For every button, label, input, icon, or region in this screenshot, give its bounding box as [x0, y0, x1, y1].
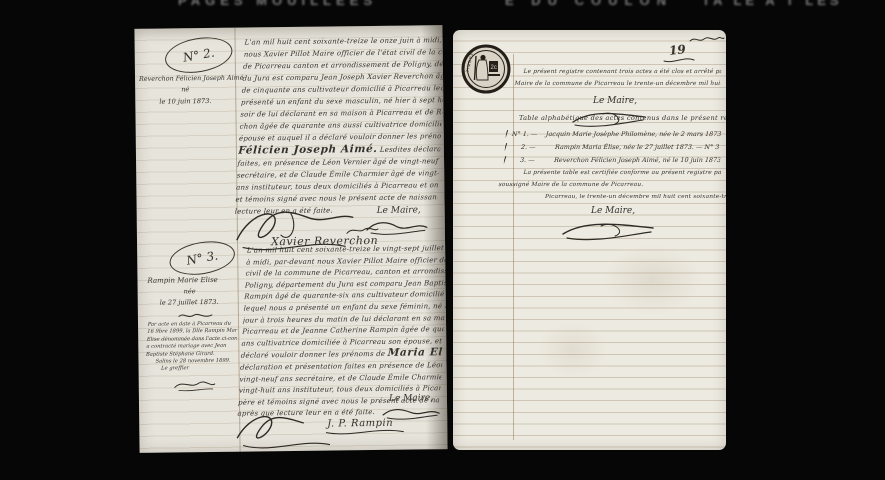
record2-le-maire: Le Maire,	[389, 393, 433, 404]
table-title: Table alphabétique des actes contenus da…	[519, 114, 726, 122]
mayor-signature-4	[561, 218, 657, 242]
left-page: N° 2. Reverchon Félicien Joseph Aimé né …	[134, 25, 447, 453]
record2-number: N° 3.	[167, 237, 237, 280]
certification-le-maire: Le Maire,	[591, 206, 635, 216]
closing-statement: Le présent registre contenant trois acte…	[514, 67, 722, 90]
record1-number: N° 2.	[162, 33, 235, 78]
certification: La présente table est certifiée conforme…	[498, 168, 722, 191]
signature-underline-swash	[325, 428, 405, 437]
record1-margin-sex: né	[181, 85, 189, 93]
cropped-stamp-left: PAGES MOUILLÉES	[178, 0, 408, 9]
record1-act-text: L'an mil huit cent soixante-treize le on…	[234, 34, 446, 218]
record1-margin-name: Reverchon Félicien Joseph Aimé	[139, 74, 244, 83]
margin-rule	[513, 54, 514, 440]
closing-le-maire: Le Maire,	[593, 96, 637, 106]
cropped-stamp-right: TA LE A T LES	[702, 0, 882, 9]
record2-child-name: Maria Élise.	[387, 347, 443, 359]
record1-le-maire: Le Maire,	[377, 205, 421, 216]
pen-scribble	[689, 35, 725, 45]
record2-margin-sex: née	[184, 287, 196, 295]
cropped-stamp-middle: E DU COULON	[505, 0, 705, 9]
margin-divider-squiggle	[178, 312, 214, 320]
record2-margin-date: le 27 juillet 1873.	[160, 298, 219, 307]
right-page: 2c TIMBRE 19 Le présent registre contena…	[453, 30, 726, 450]
table-entry: 2. —Rampin Maria Élise, née le 27 juille…	[505, 141, 722, 154]
revenue-stamp-icon: 2c TIMBRE	[461, 44, 511, 94]
alphabetical-table: N° 1. —Jacquin Marie Josèphe Philomène, …	[504, 128, 723, 167]
page-number-swash	[663, 56, 695, 64]
table-entry: 3. —Reverchon Félicien Joseph Aimé, né l…	[504, 154, 721, 167]
table-entry: N° 1. —Jacquin Marie Josèphe Philomène, …	[505, 128, 722, 141]
bracket-tick	[505, 143, 508, 151]
stamp-value: 2c	[491, 65, 497, 71]
record1-child-name: Félicien Joseph Aimé.	[238, 143, 378, 157]
bracket-tick	[505, 130, 508, 138]
bracket-tick	[504, 156, 507, 164]
record1-margin-date: le 10 juin 1873.	[159, 97, 211, 106]
place-date-line: Picarreau, le trente-un décembre mil hui…	[545, 192, 726, 204]
greffier-signature	[173, 378, 217, 393]
record2-marriage-note: Par acte en date à Picarreau du 16 9bre …	[145, 321, 238, 374]
record2-margin-name: Rampin Marie Elise	[147, 276, 217, 285]
register-scan: PAGES MOUILLÉES E DU COULON TA LE A T LE…	[0, 0, 885, 480]
